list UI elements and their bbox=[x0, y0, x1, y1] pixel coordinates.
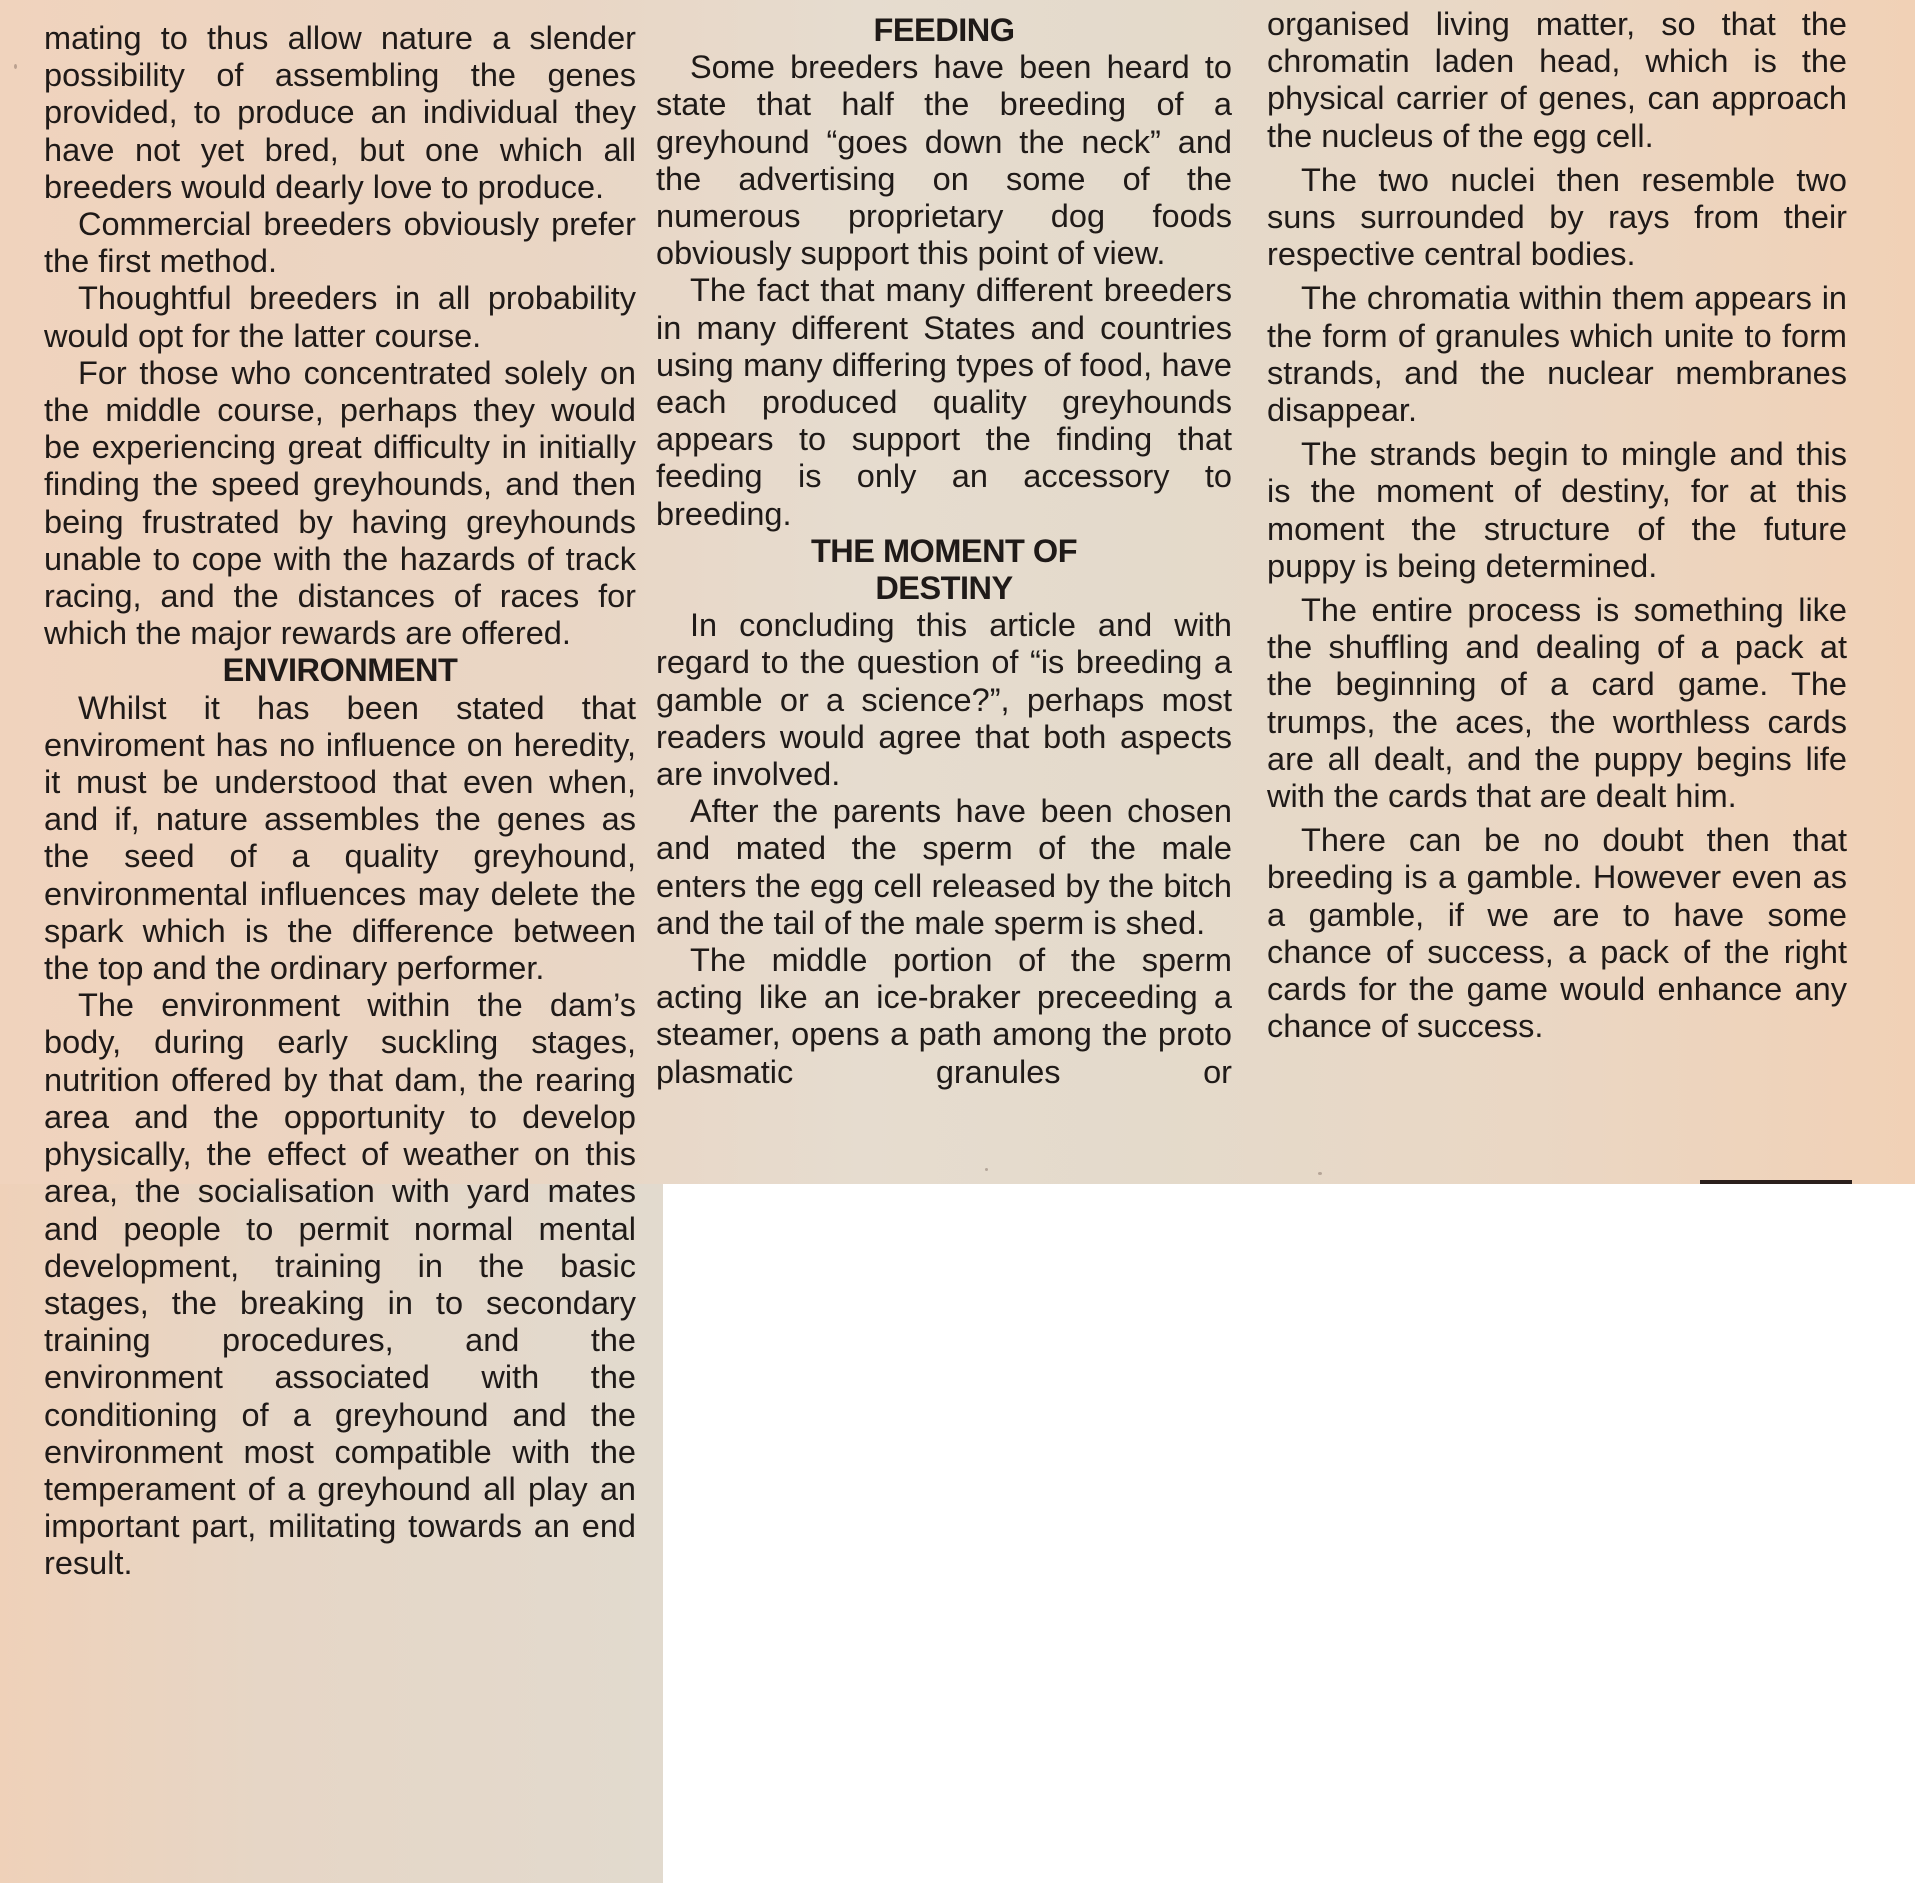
paragraph: Some breeders have been heard to state t… bbox=[656, 49, 1232, 272]
paragraph: For those who concentrated solely on the… bbox=[44, 355, 636, 653]
paragraph: Whilst it has been stated that enviromen… bbox=[44, 690, 636, 988]
article-column-3: organised living matter, so that the chr… bbox=[1267, 6, 1847, 1052]
section-heading-feeding: FEEDING bbox=[656, 12, 1232, 49]
paragraph: The chromatia within them appears in the… bbox=[1267, 280, 1847, 429]
heading-line: DESTINY bbox=[875, 570, 1012, 606]
paragraph: The middle portion of the sperm acting l… bbox=[656, 942, 1232, 1091]
paragraph: The two nuclei then resemble two suns su… bbox=[1267, 162, 1847, 274]
paragraph: After the parents have been chosen and m… bbox=[656, 793, 1232, 942]
paper-speck bbox=[1318, 1172, 1322, 1175]
article-column-2: FEEDING Some breeders have been heard to… bbox=[656, 12, 1232, 1091]
paragraph: The entire process is something like the… bbox=[1267, 592, 1847, 815]
paragraph: Commercial breeders obviously prefer the… bbox=[44, 206, 636, 280]
paragraph: organised living matter, so that the chr… bbox=[1267, 6, 1847, 155]
paper-speck bbox=[985, 1168, 988, 1171]
paragraph: mating to thus allow nature a slender po… bbox=[44, 20, 636, 206]
paragraph: The fact that many different breeders in… bbox=[656, 272, 1232, 532]
heading-line: THE MOMENT OF bbox=[811, 533, 1077, 569]
paragraph: The environment within the dam’s body, d… bbox=[44, 987, 636, 1582]
paragraph: There can be no doubt then that breeding… bbox=[1267, 822, 1847, 1045]
paper-speck bbox=[14, 64, 17, 69]
paragraph: Thoughtful breeders in all probability w… bbox=[44, 280, 636, 354]
paragraph: The strands begin to mingle and this is … bbox=[1267, 436, 1847, 585]
end-rule bbox=[1700, 1180, 1852, 1184]
section-heading-environment: ENVIRONMENT bbox=[44, 652, 636, 689]
section-heading-moment-of-destiny: THE MOMENT OF DESTINY bbox=[656, 533, 1232, 607]
paragraph: In concluding this article and with rega… bbox=[656, 607, 1232, 793]
article-column-1: mating to thus allow nature a slender po… bbox=[44, 20, 636, 1583]
